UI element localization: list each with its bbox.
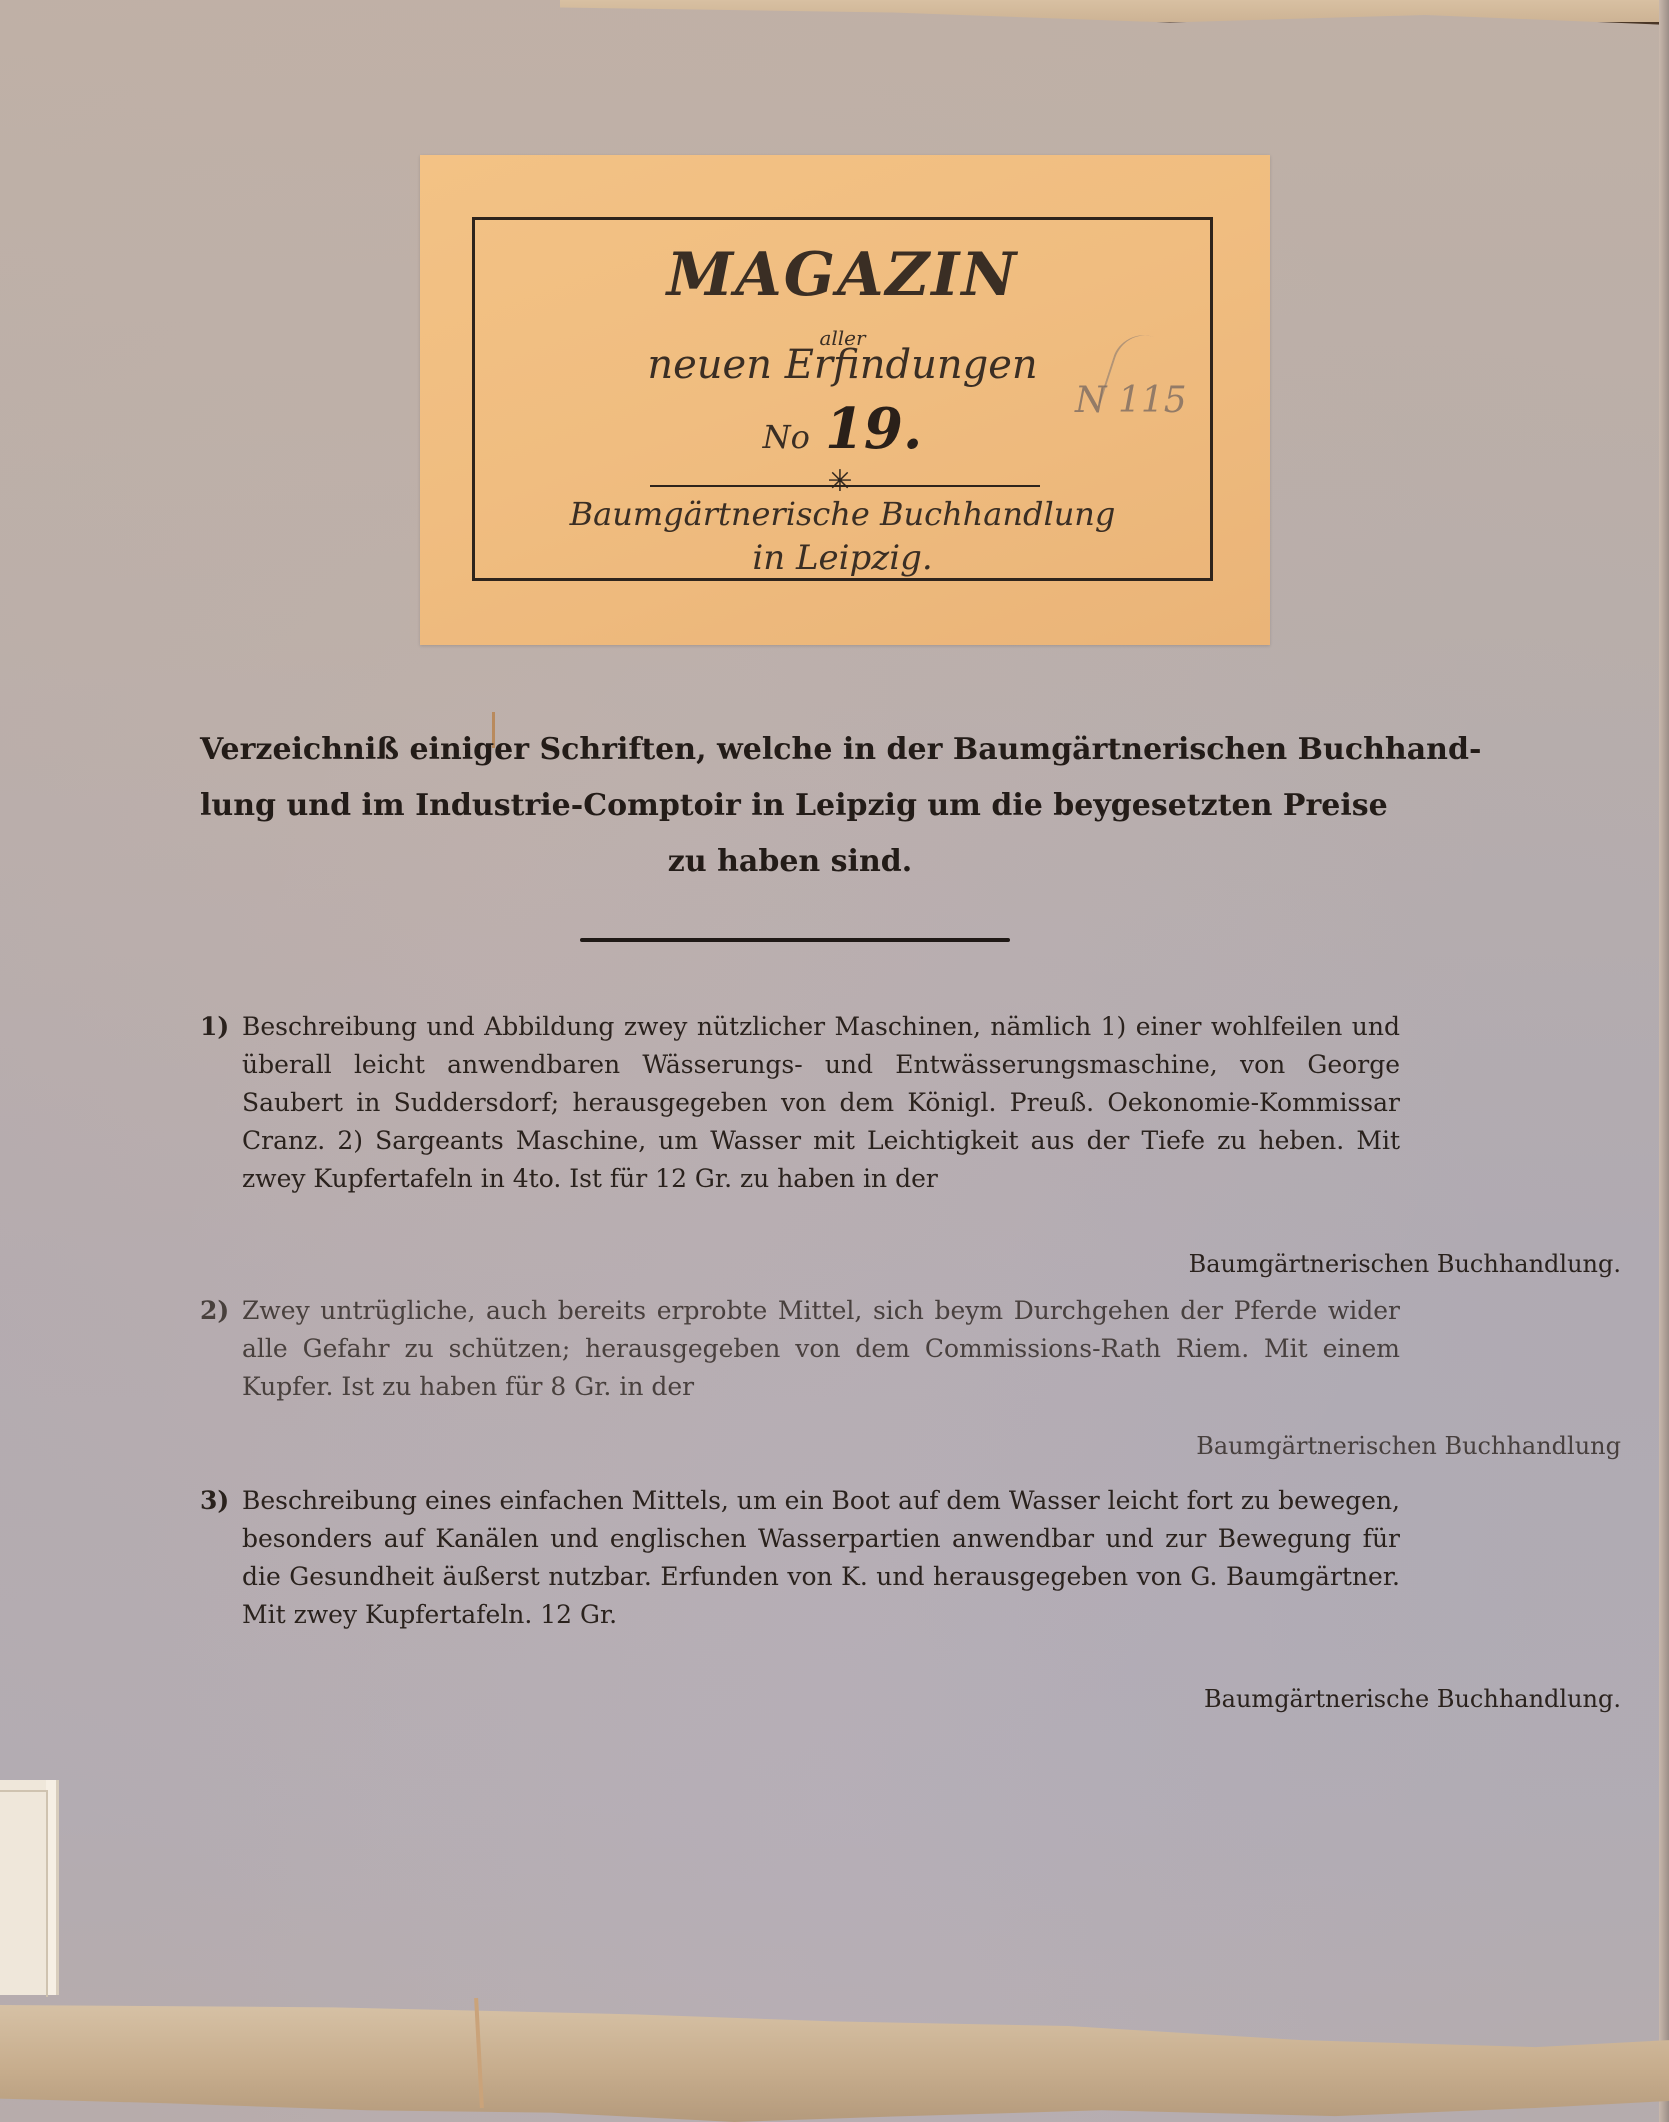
entry-signature: Baumgärtnerischen Buchhandlung: [1196, 1432, 1621, 1460]
heading-line: lung und im Industrie-Comptoir in Leipzi…: [200, 778, 1380, 834]
page-heading: Verzeichniß einiger Schriften, welche in…: [200, 722, 1380, 890]
entry-text: Beschreibung und Abbildung zwey nützlich…: [242, 1008, 1400, 1198]
label-city: in Leipzig.: [475, 538, 1210, 578]
label-frame: MAGAZIN aller neuen Erfindungen No 19. N…: [472, 217, 1213, 581]
title-label: MAGAZIN aller neuen Erfindungen No 19. N…: [420, 155, 1270, 645]
entry-number: 3): [200, 1482, 229, 1520]
issue-number: 19.: [825, 396, 922, 462]
catalog-entry: 3) Beschreibung eines einfachen Mittels,…: [200, 1482, 1400, 1634]
heading-line: Verzeichniß einiger Schriften, welche in…: [200, 722, 1380, 778]
entry-number: 1): [200, 1008, 229, 1046]
heading-divider: [580, 938, 1010, 942]
heading-line: zu haben sind.: [200, 834, 1380, 890]
entry-text: Beschreibung eines einfachen Mittels, um…: [242, 1482, 1400, 1634]
right-edge-shadow: [1659, 0, 1669, 2122]
catalog-entry: 2) Zwey untrügliche, auch bereits erprob…: [200, 1292, 1400, 1406]
label-number-prefix: No: [763, 418, 810, 456]
entry-text: Zwey untrügliche, auch bereits erprobte …: [242, 1292, 1400, 1406]
catalog-entry: 1) Beschreibung und Abbildung zwey nützl…: [200, 1008, 1400, 1198]
label-title: MAGAZIN: [475, 240, 1210, 310]
library-tag: [0, 1780, 59, 1995]
star-ornament-icon: ✳: [820, 464, 860, 499]
pencil-note: N 115: [1075, 380, 1187, 421]
label-publisher: Baumgärtnerische Buchhandlung: [475, 495, 1210, 533]
entry-signature: Baumgärtnerische Buchhandlung.: [1204, 1685, 1621, 1713]
entry-number: 2): [200, 1292, 229, 1330]
document-page: MAGAZIN aller neuen Erfindungen No 19. N…: [0, 0, 1669, 2122]
torn-bottom-edge: [0, 2005, 1669, 2122]
entry-signature: Baumgärtnerischen Buchhandlung.: [1189, 1250, 1621, 1278]
torn-top-edge: [560, 0, 1669, 25]
